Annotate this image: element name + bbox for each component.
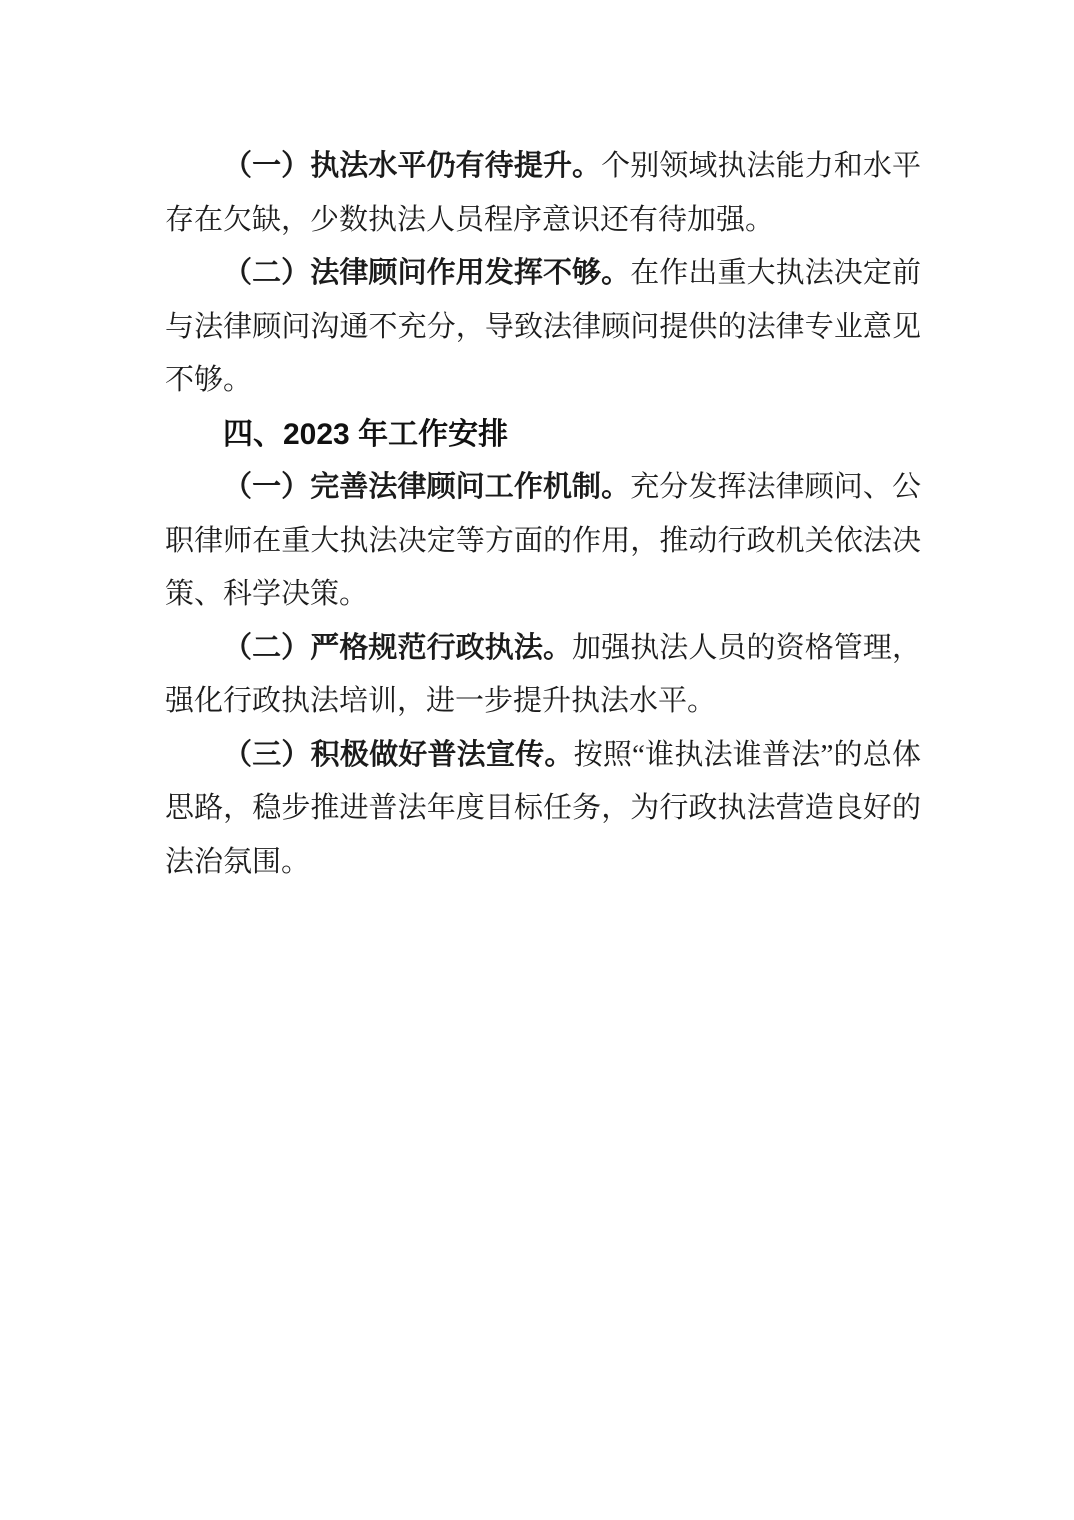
paragraph-lead: （一）完善法律顾问工作机制。 — [223, 471, 630, 503]
paragraph-plan-1: （一）完善法律顾问工作机制。充分发挥法律顾问、公职律师在重大执法决定等方面的作用… — [165, 461, 921, 622]
paragraph-plan-3: （三）积极做好普法宣传。按照“谁执法谁普法”的总体思路，稳步推进普法年度目标任务… — [165, 729, 921, 890]
paragraph-lead: （一）执法水平仍有待提升。 — [223, 150, 601, 182]
paragraph-issue-2: （二）法律顾问作用发挥不够。在作出重大执法决定前与法律顾问沟通不充分，导致法律顾… — [165, 247, 921, 408]
paragraph-lead: （二）法律顾问作用发挥不够。 — [223, 257, 630, 289]
document-page: （一）执法水平仍有待提升。个别领域执法能力和水平存在欠缺，少数执法人员程序意识还… — [0, 0, 1074, 1520]
document-body: （一）执法水平仍有待提升。个别领域执法能力和水平存在欠缺，少数执法人员程序意识还… — [165, 140, 921, 889]
paragraph-lead: （二）严格规范行政执法。 — [223, 632, 572, 664]
paragraph-plan-2: （二）严格规范行政执法。加强执法人员的资格管理，强化行政执法培训，进一步提升执法… — [165, 622, 921, 729]
section-heading: 四、2023 年工作安排 — [165, 408, 921, 462]
paragraph-issue-1: （一）执法水平仍有待提升。个别领域执法能力和水平存在欠缺，少数执法人员程序意识还… — [165, 140, 921, 247]
paragraph-lead: （三）积极做好普法宣传。 — [223, 739, 574, 771]
